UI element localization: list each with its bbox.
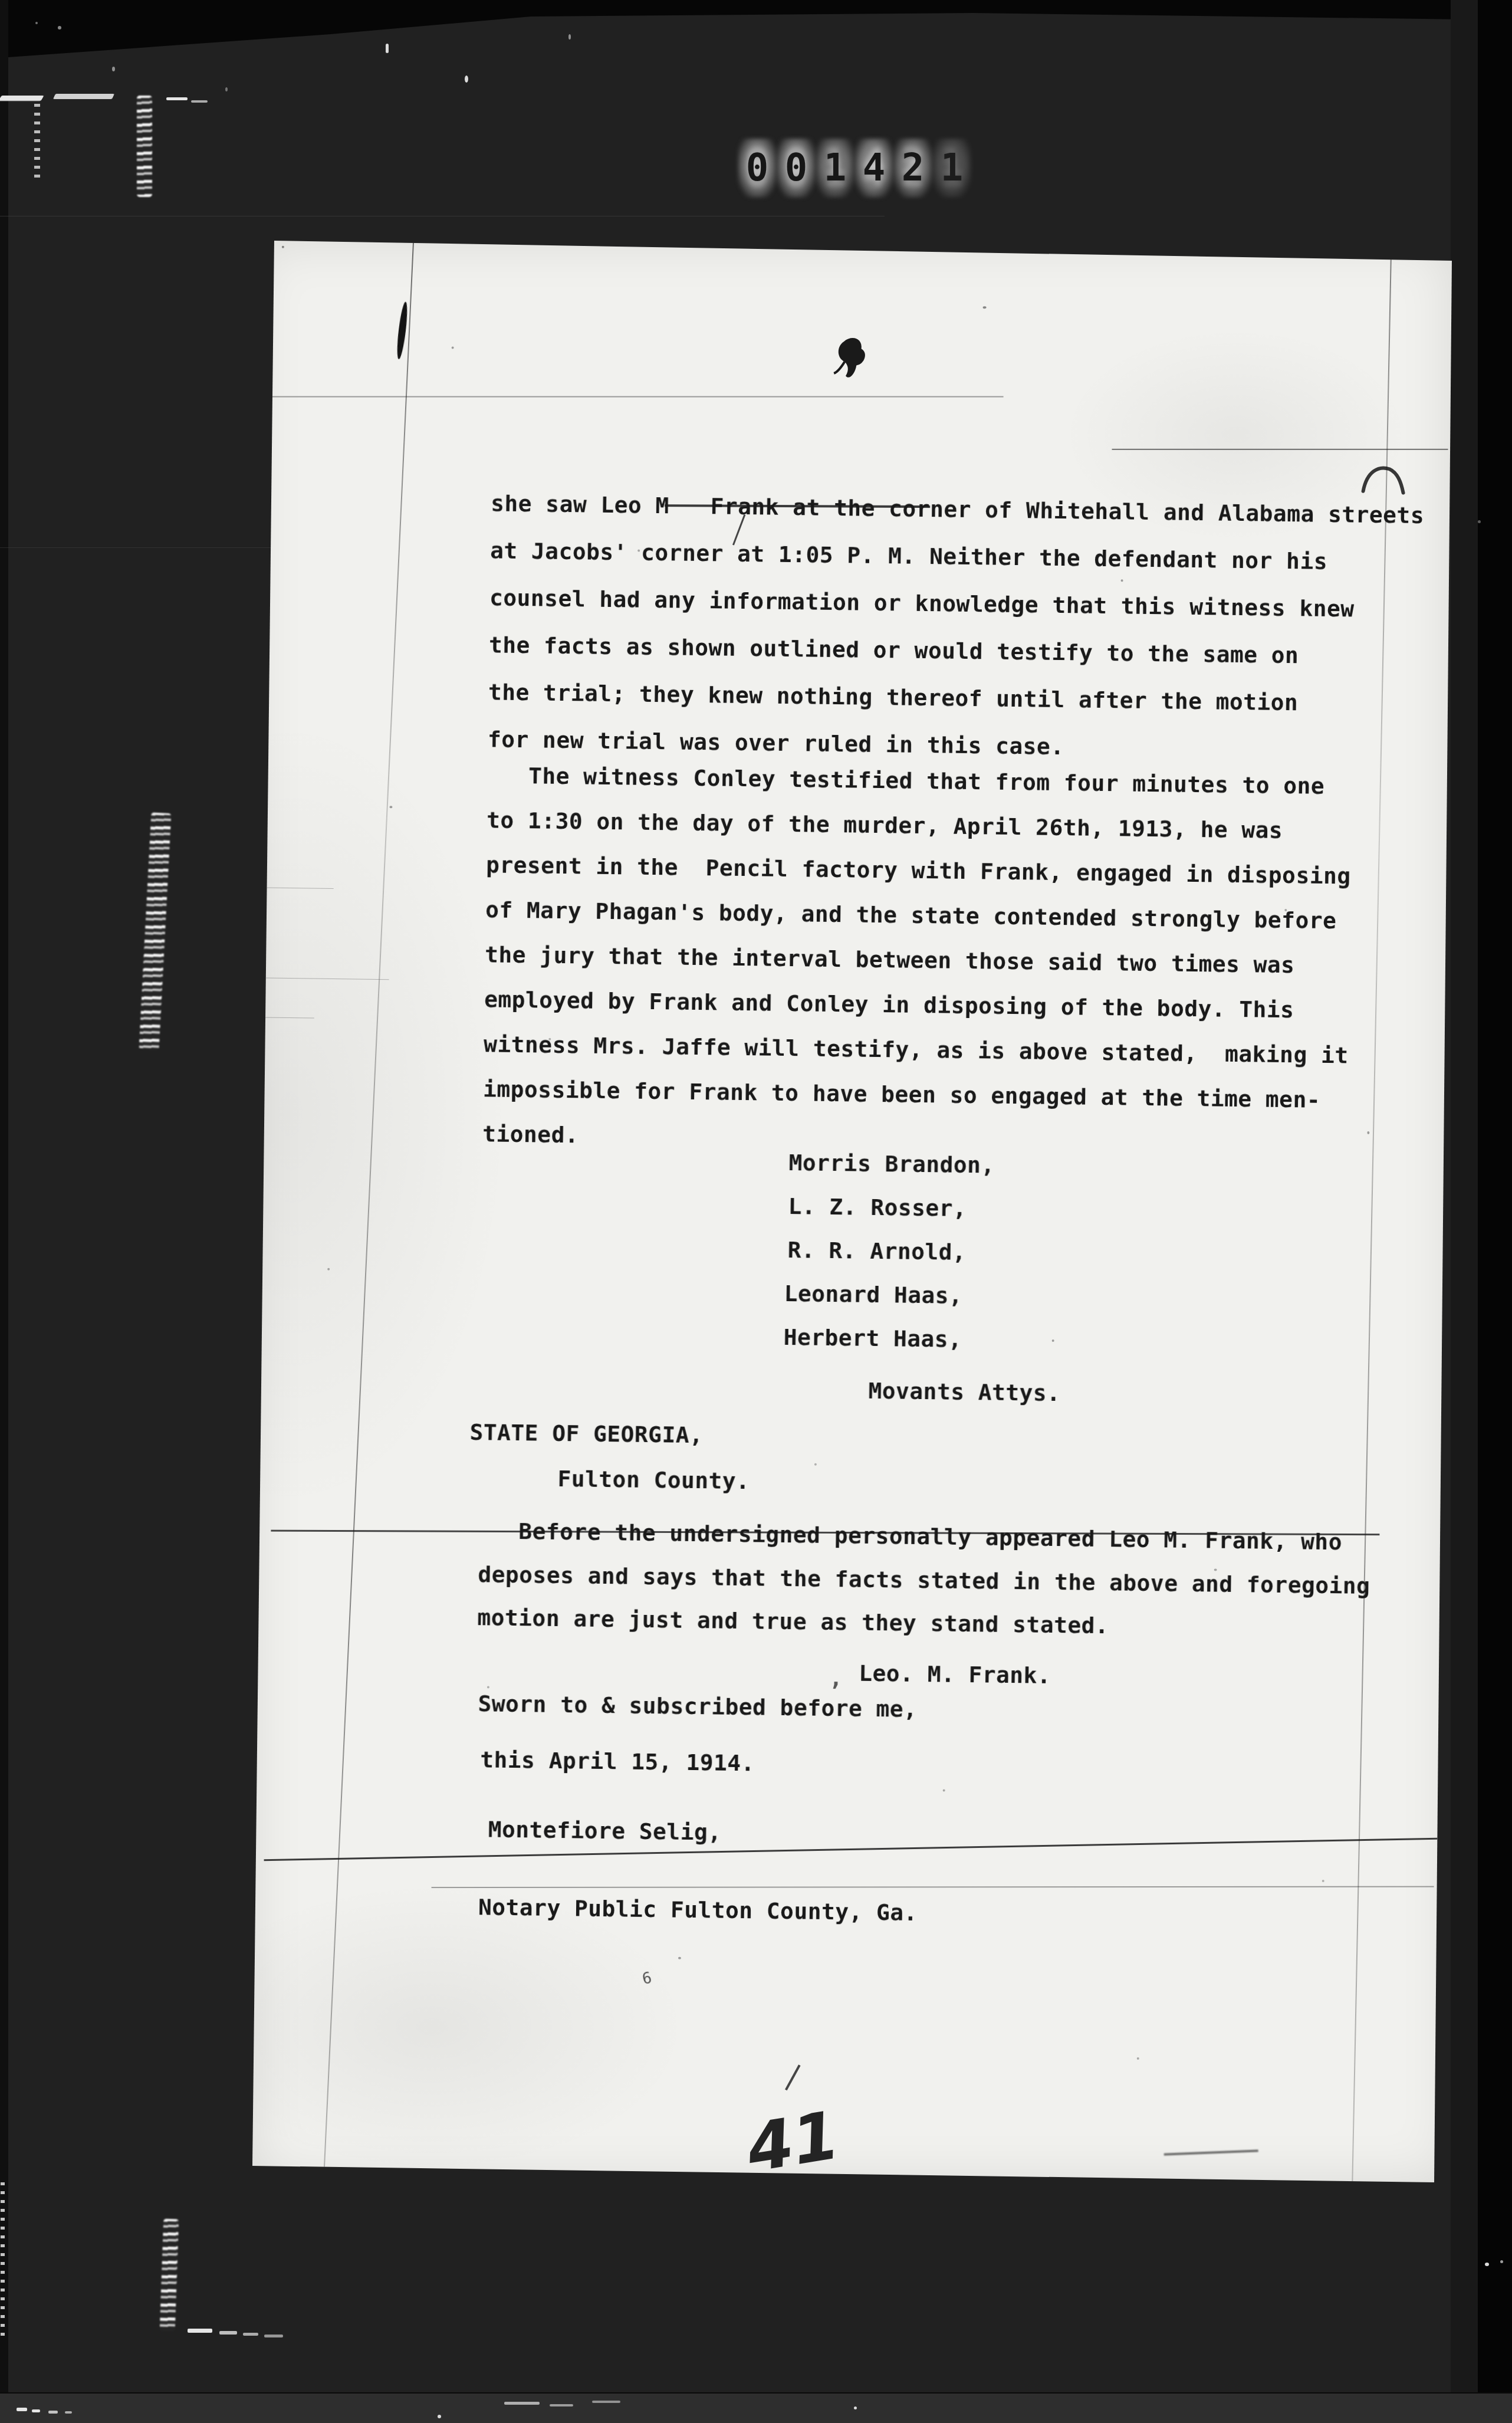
county-line: Fulton County. <box>557 1467 750 1493</box>
stray-comma-mark: , <box>829 1666 843 1690</box>
speck <box>1121 579 1123 582</box>
body-line: impossible for Frank to have been so eng… <box>483 1077 1320 1112</box>
film-speck <box>1500 2260 1503 2263</box>
film-scratch-dash <box>53 94 114 99</box>
counter-digit: 2 <box>896 142 929 195</box>
film-speck <box>592 2401 620 2403</box>
film-scratch-dash <box>219 2331 237 2335</box>
body-line: employed by Frank and Conley in disposin… <box>484 987 1294 1022</box>
counter-digit: 4 <box>857 142 890 195</box>
speck <box>943 1790 945 1792</box>
speck <box>548 1038 551 1040</box>
speck <box>1284 909 1287 911</box>
pen-dash <box>1164 2149 1258 2155</box>
film-speck <box>17 2408 27 2411</box>
film-scan-line <box>0 547 272 548</box>
body-line: she saw Leo M Frank at the corner of Whi… <box>491 491 1424 528</box>
film-speck <box>225 87 228 91</box>
body-line: the facts as shown outlined or would tes… <box>489 633 1299 668</box>
line-text: she saw Leo M <box>491 490 711 519</box>
scan-tick <box>257 887 334 889</box>
struck-text: Frank at the <box>710 493 889 521</box>
body-line: to 1:30 on the day of the murder, April … <box>487 808 1283 843</box>
body-line: of Mary Phagan's body, and the state con… <box>485 898 1337 933</box>
speck <box>1052 1339 1054 1342</box>
speck <box>452 346 454 349</box>
film-speck <box>386 44 389 53</box>
film-speck <box>112 67 115 71</box>
speck <box>1137 2057 1139 2060</box>
speck <box>1214 1569 1217 1571</box>
page-number-text: 41 <box>741 2097 844 2188</box>
counter-digit: 0 <box>780 142 813 195</box>
signature-line: Herbert Haas, <box>783 1325 962 1352</box>
film-speck <box>32 2409 40 2412</box>
speck <box>1322 1880 1324 1882</box>
film-speck <box>438 2415 441 2418</box>
frame-counter-stamp: 0 0 1 4 2 1 <box>741 142 968 195</box>
speck <box>678 1957 681 1959</box>
scan-tick <box>254 977 389 980</box>
counter-digit: 1 <box>935 142 968 195</box>
film-scratch-dash <box>166 97 188 100</box>
ink-blot <box>395 301 409 360</box>
body-line: present in the Pencil factory with Frank… <box>486 853 1351 888</box>
body-line: counsel had any information or knowledge… <box>489 586 1355 621</box>
speck <box>282 246 284 248</box>
speck <box>814 1463 817 1466</box>
scan-line <box>272 396 1004 398</box>
strikethrough-mark <box>264 1837 1455 1861</box>
film-speck <box>854 2406 857 2409</box>
film-edge-scratch <box>1 2182 5 2339</box>
frank-signature: Leo. M. Frank. <box>859 1662 1051 1688</box>
film-scratch-vertical <box>139 812 172 1050</box>
film-scratch-dash <box>264 2335 283 2337</box>
film-speck <box>65 2411 72 2414</box>
film-scratch-vertical <box>160 2219 179 2332</box>
document-content: she saw Leo M Frank at the corner of Whi… <box>227 241 1452 2198</box>
state-line: STATE OF GEORGIA, <box>469 1420 703 1447</box>
film-right-inner-band <box>1451 0 1478 2423</box>
film-bottom-band <box>0 2392 1512 2423</box>
body-line: The witness Conley testified that from f… <box>528 764 1325 799</box>
microfilm-frame: 0 0 1 4 2 1 <box>0 0 1512 2423</box>
signature-line: Morris Brandon, <box>788 1151 995 1178</box>
film-scratch-dash <box>191 100 208 103</box>
film-right-edge <box>1478 0 1512 2423</box>
speck <box>389 806 392 808</box>
scan-line <box>432 1886 1434 1888</box>
pen-mark-check <box>1360 463 1414 499</box>
body-line: tioned. <box>482 1122 578 1147</box>
affidavit-line: Before the undersigned personally appear… <box>518 1519 1342 1554</box>
stray-pen-mark: 6 <box>641 1970 653 1988</box>
film-speck <box>550 2404 573 2406</box>
counter-digit: 1 <box>819 142 852 195</box>
scan-tick <box>255 1017 314 1018</box>
film-scratch-dash <box>243 2333 258 2336</box>
film-scan-line <box>0 216 885 216</box>
affidavit-line: deposes and says that the facts stated i… <box>478 1562 1370 1598</box>
signature-line: Leonard Haas, <box>784 1282 962 1308</box>
fold-crease-left <box>323 243 414 2182</box>
line-text: corner of Whitehall and Alabama streets <box>889 495 1424 528</box>
scan-line <box>1112 449 1448 450</box>
sworn-line: Sworn to & subscribed before me, <box>478 1692 917 1722</box>
body-line: the trial; they knew nothing thereof unt… <box>488 680 1299 715</box>
affidavit-line: motion are just and true as they stand s… <box>477 1606 1109 1638</box>
film-speck <box>1478 520 1481 523</box>
signature-line: L. Z. Rosser, <box>788 1194 967 1221</box>
film-speck <box>35 22 38 24</box>
signature-line: R. R. Arnold, <box>787 1238 966 1265</box>
body-line: the jury that the interval between those… <box>485 943 1295 977</box>
ink-blot <box>831 331 873 385</box>
notary-title: Notary Public Fulton County, Ga. <box>478 1895 918 1925</box>
movants-attys-label: Movants Attys. <box>868 1379 1060 1406</box>
speck <box>983 306 987 308</box>
document-page: she saw Leo M Frank at the corner of Whi… <box>252 241 1452 2182</box>
speck <box>487 1686 489 1688</box>
date-line: this April 15, 1914. <box>480 1748 755 1775</box>
film-scratch-dash <box>188 2329 212 2333</box>
speck <box>637 550 640 552</box>
speck <box>327 1268 330 1270</box>
handwritten-page-number: 41 <box>746 2092 859 2191</box>
film-speck <box>465 75 468 83</box>
film-speck <box>504 2402 540 2405</box>
film-scratch-dotted <box>34 104 40 180</box>
counter-digit: 0 <box>741 142 774 195</box>
pen-tick <box>785 2064 801 2090</box>
body-line: for new trial was over ruled in this cas… <box>488 727 1064 759</box>
film-scratch-vertical <box>137 96 152 197</box>
film-speck <box>58 26 61 29</box>
film-speck <box>1485 2263 1489 2266</box>
notary-name: Montefiore Selig, <box>488 1817 722 1844</box>
film-speck <box>568 34 571 40</box>
fold-crease-right <box>1352 259 1392 2187</box>
film-top-edge <box>0 0 1512 65</box>
speck <box>1367 1131 1369 1134</box>
body-line: at Jacobs' corner at 1:05 P. M. Neither … <box>490 539 1327 574</box>
film-speck <box>48 2411 58 2414</box>
film-scratch-dash <box>0 96 44 101</box>
body-line: witness Mrs. Jaffe will testify, as is a… <box>484 1032 1349 1068</box>
film-left-edge <box>0 0 8 2423</box>
